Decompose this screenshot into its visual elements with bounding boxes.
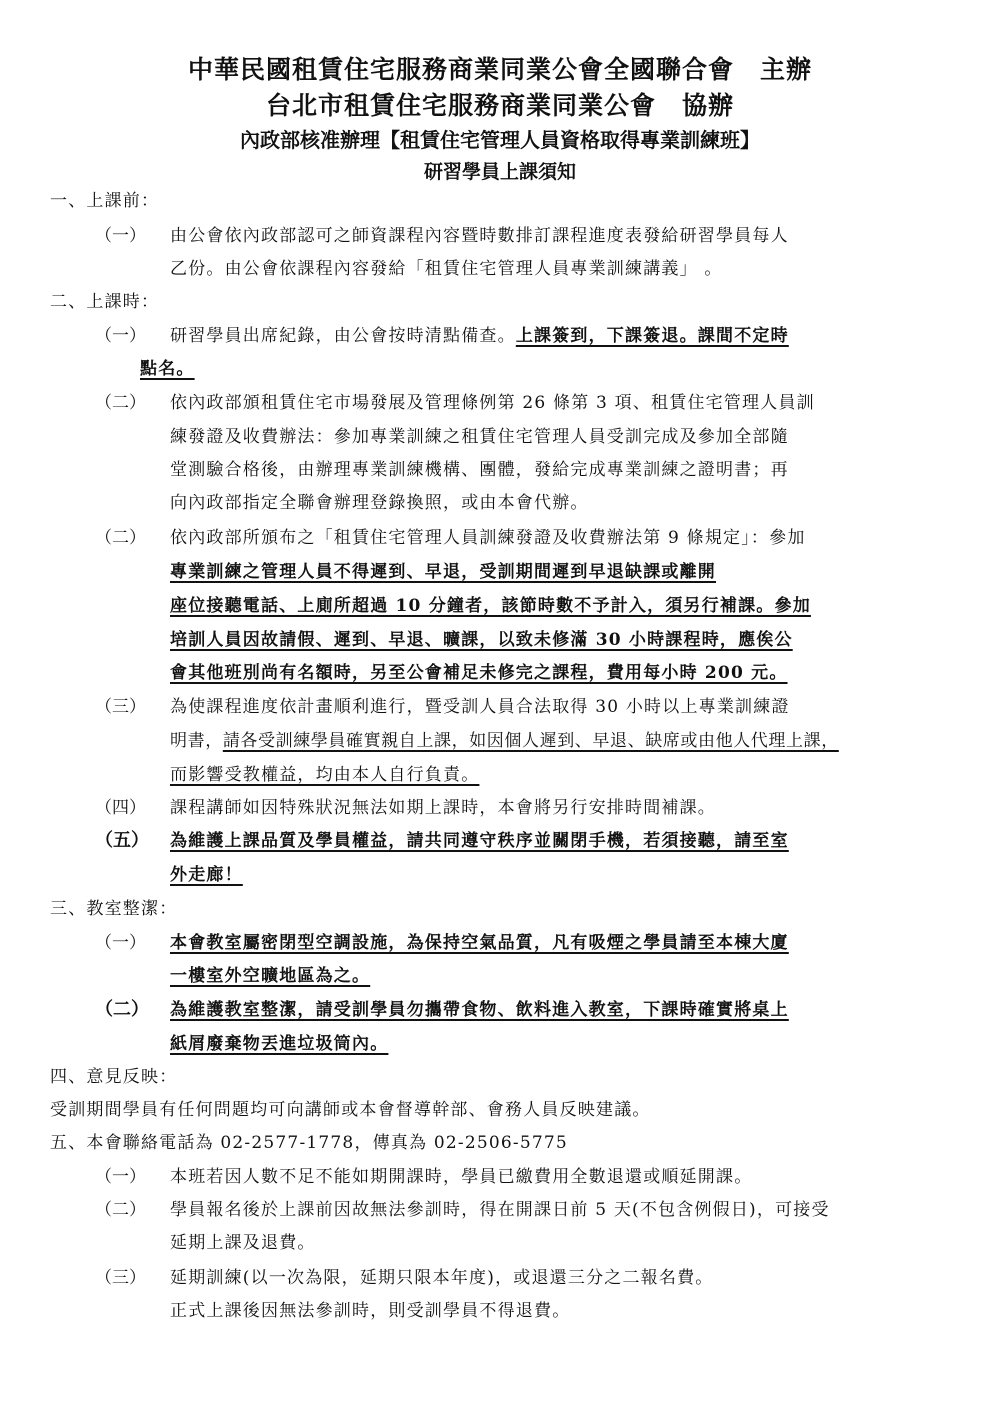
item-line: 紙屑廢棄物丟進垃圾筒內。: [170, 1033, 388, 1055]
item-line: 乙份。由公會依課程內容發給「租賃住宅管理人員專業訓練講義」 。: [170, 258, 723, 280]
notice-title: 研習學員上課須知: [0, 157, 1000, 184]
item-line: 本班若因人數不足不能如期開課時，學員已繳費用全數退還或順延開課。: [170, 1166, 752, 1188]
item-line: 研習學員出席紀錄，由公會按時清點備查。上課簽到，下課簽退。課間不定時: [170, 325, 789, 347]
item-line: 延期上課及退費。: [170, 1232, 316, 1254]
section-heading: 二、上課時：: [50, 291, 159, 313]
section-heading: 四、意見反映：: [50, 1066, 177, 1088]
item-line: 學員報名後於上課前因故無法參訓時，得在開課日前 5 天(不包含例假日)，可接受: [170, 1199, 830, 1221]
item-label: （二）: [95, 527, 146, 549]
item-line: 練發證及收費辦法：參加專業訓練之租賃住宅管理人員受訓完成及參加全部隨: [170, 426, 789, 448]
item-label: （一）: [95, 325, 146, 347]
item-line: 依內政部頒租賃住宅市場發展及管理條例第 26 條第 3 項、租賃住宅管理人員訓: [170, 392, 815, 414]
item-line: 為維護上課品質及學員權益，請共同遵守秩序並關閉手機，若須接聽，請至室: [170, 830, 789, 852]
item-line: 而影響受教權益，均由本人自行負責。: [170, 764, 479, 786]
item-label: （五）: [95, 830, 149, 852]
section-heading: 三、教室整潔：: [50, 898, 177, 920]
item-line: 外走廊！: [170, 864, 243, 886]
course-title: 內政部核准辦理【租賃住宅管理人員資格取得專業訓練班】: [0, 124, 1000, 153]
item-line: 依內政部所頒布之「租賃住宅管理人員訓練發證及收費辦法第 9 條規定」：參加: [170, 527, 806, 549]
item-label: （三）: [95, 1267, 146, 1289]
item-line: 座位接聽電話、上廁所超過 10 分鐘者，該節時數不予計入，須另行補課。參加: [170, 595, 811, 617]
section-body: 受訓期間學員有任何問題均可向講師或本會督導幹部、會務人員反映建議。: [50, 1099, 651, 1121]
item-label: （四）: [95, 797, 146, 819]
item-line: 為使課程進度依計畫順利進行，暨受訓人員合法取得 30 小時以上專業訓練證: [170, 696, 790, 718]
item-line: 專業訓練之管理人員不得遲到、早退，受訓期間遲到早退缺課或離開: [170, 561, 716, 583]
section-heading: 一、上課前：: [50, 190, 159, 212]
item-line: 為維護教室整潔，請受訓學員勿攜帶食物、飲料進入教室，下課時確實將桌上: [170, 999, 789, 1021]
item-label: （二）: [95, 1199, 146, 1221]
item-line: 課程講師如因特殊狀況無法如期上課時，本會將另行安排時間補課。: [170, 797, 716, 819]
item-label: （一）: [95, 225, 146, 247]
item-line: 正式上課後因無法參訓時，則受訓學員不得退費。: [170, 1300, 570, 1322]
item-line: 一樓室外空曠地區為之。: [170, 965, 370, 987]
item-line: 由公會依內政部認可之師資課程內容暨時數排訂課程進度表發給研習學員每人: [170, 225, 789, 247]
item-line: 點名。: [140, 358, 195, 380]
item-label: （二）: [95, 392, 146, 414]
organizer-title: 中華民國租賃住宅服務商業同業公會全國聯合會 主辦: [0, 50, 1000, 86]
item-line: 向內政部指定全聯會辦理登錄換照，或由本會代辦。: [170, 492, 589, 514]
co-organizer-title: 台北市租賃住宅服務商業同業公會 協辦: [0, 86, 1000, 122]
item-line: 培訓人員因故請假、遲到、早退、曠課，以致未修滿 30 小時課程時，應俟公: [170, 629, 793, 651]
item-label: （三）: [95, 696, 146, 718]
item-line: 堂測驗合格後，由辦理專業訓練機構、團體，發給完成專業訓練之證明書；再: [170, 459, 789, 481]
item-label: （二）: [95, 999, 149, 1021]
item-label: （一）: [95, 932, 146, 954]
contact-heading: 五、本會聯絡電話為 02-2577-1778，傳真為 02-2506-5775: [50, 1132, 568, 1154]
item-line: 會其他班別尚有名額時，另至公會補足未修完之課程，費用每小時 200 元。: [170, 662, 788, 684]
item-line: 延期訓練(以一次為限，延期只限本年度)，或退還三分之二報名費。: [170, 1267, 713, 1289]
item-line: 本會教室屬密閉型空調設施，為保持空氣品質，凡有吸煙之學員請至本棟大廈: [170, 932, 789, 954]
item-label: （一）: [95, 1166, 146, 1188]
item-line: 明書，請各受訓練學員確實親自上課，如因個人遲到、早退、缺席或由他人代理上課，: [170, 730, 839, 752]
